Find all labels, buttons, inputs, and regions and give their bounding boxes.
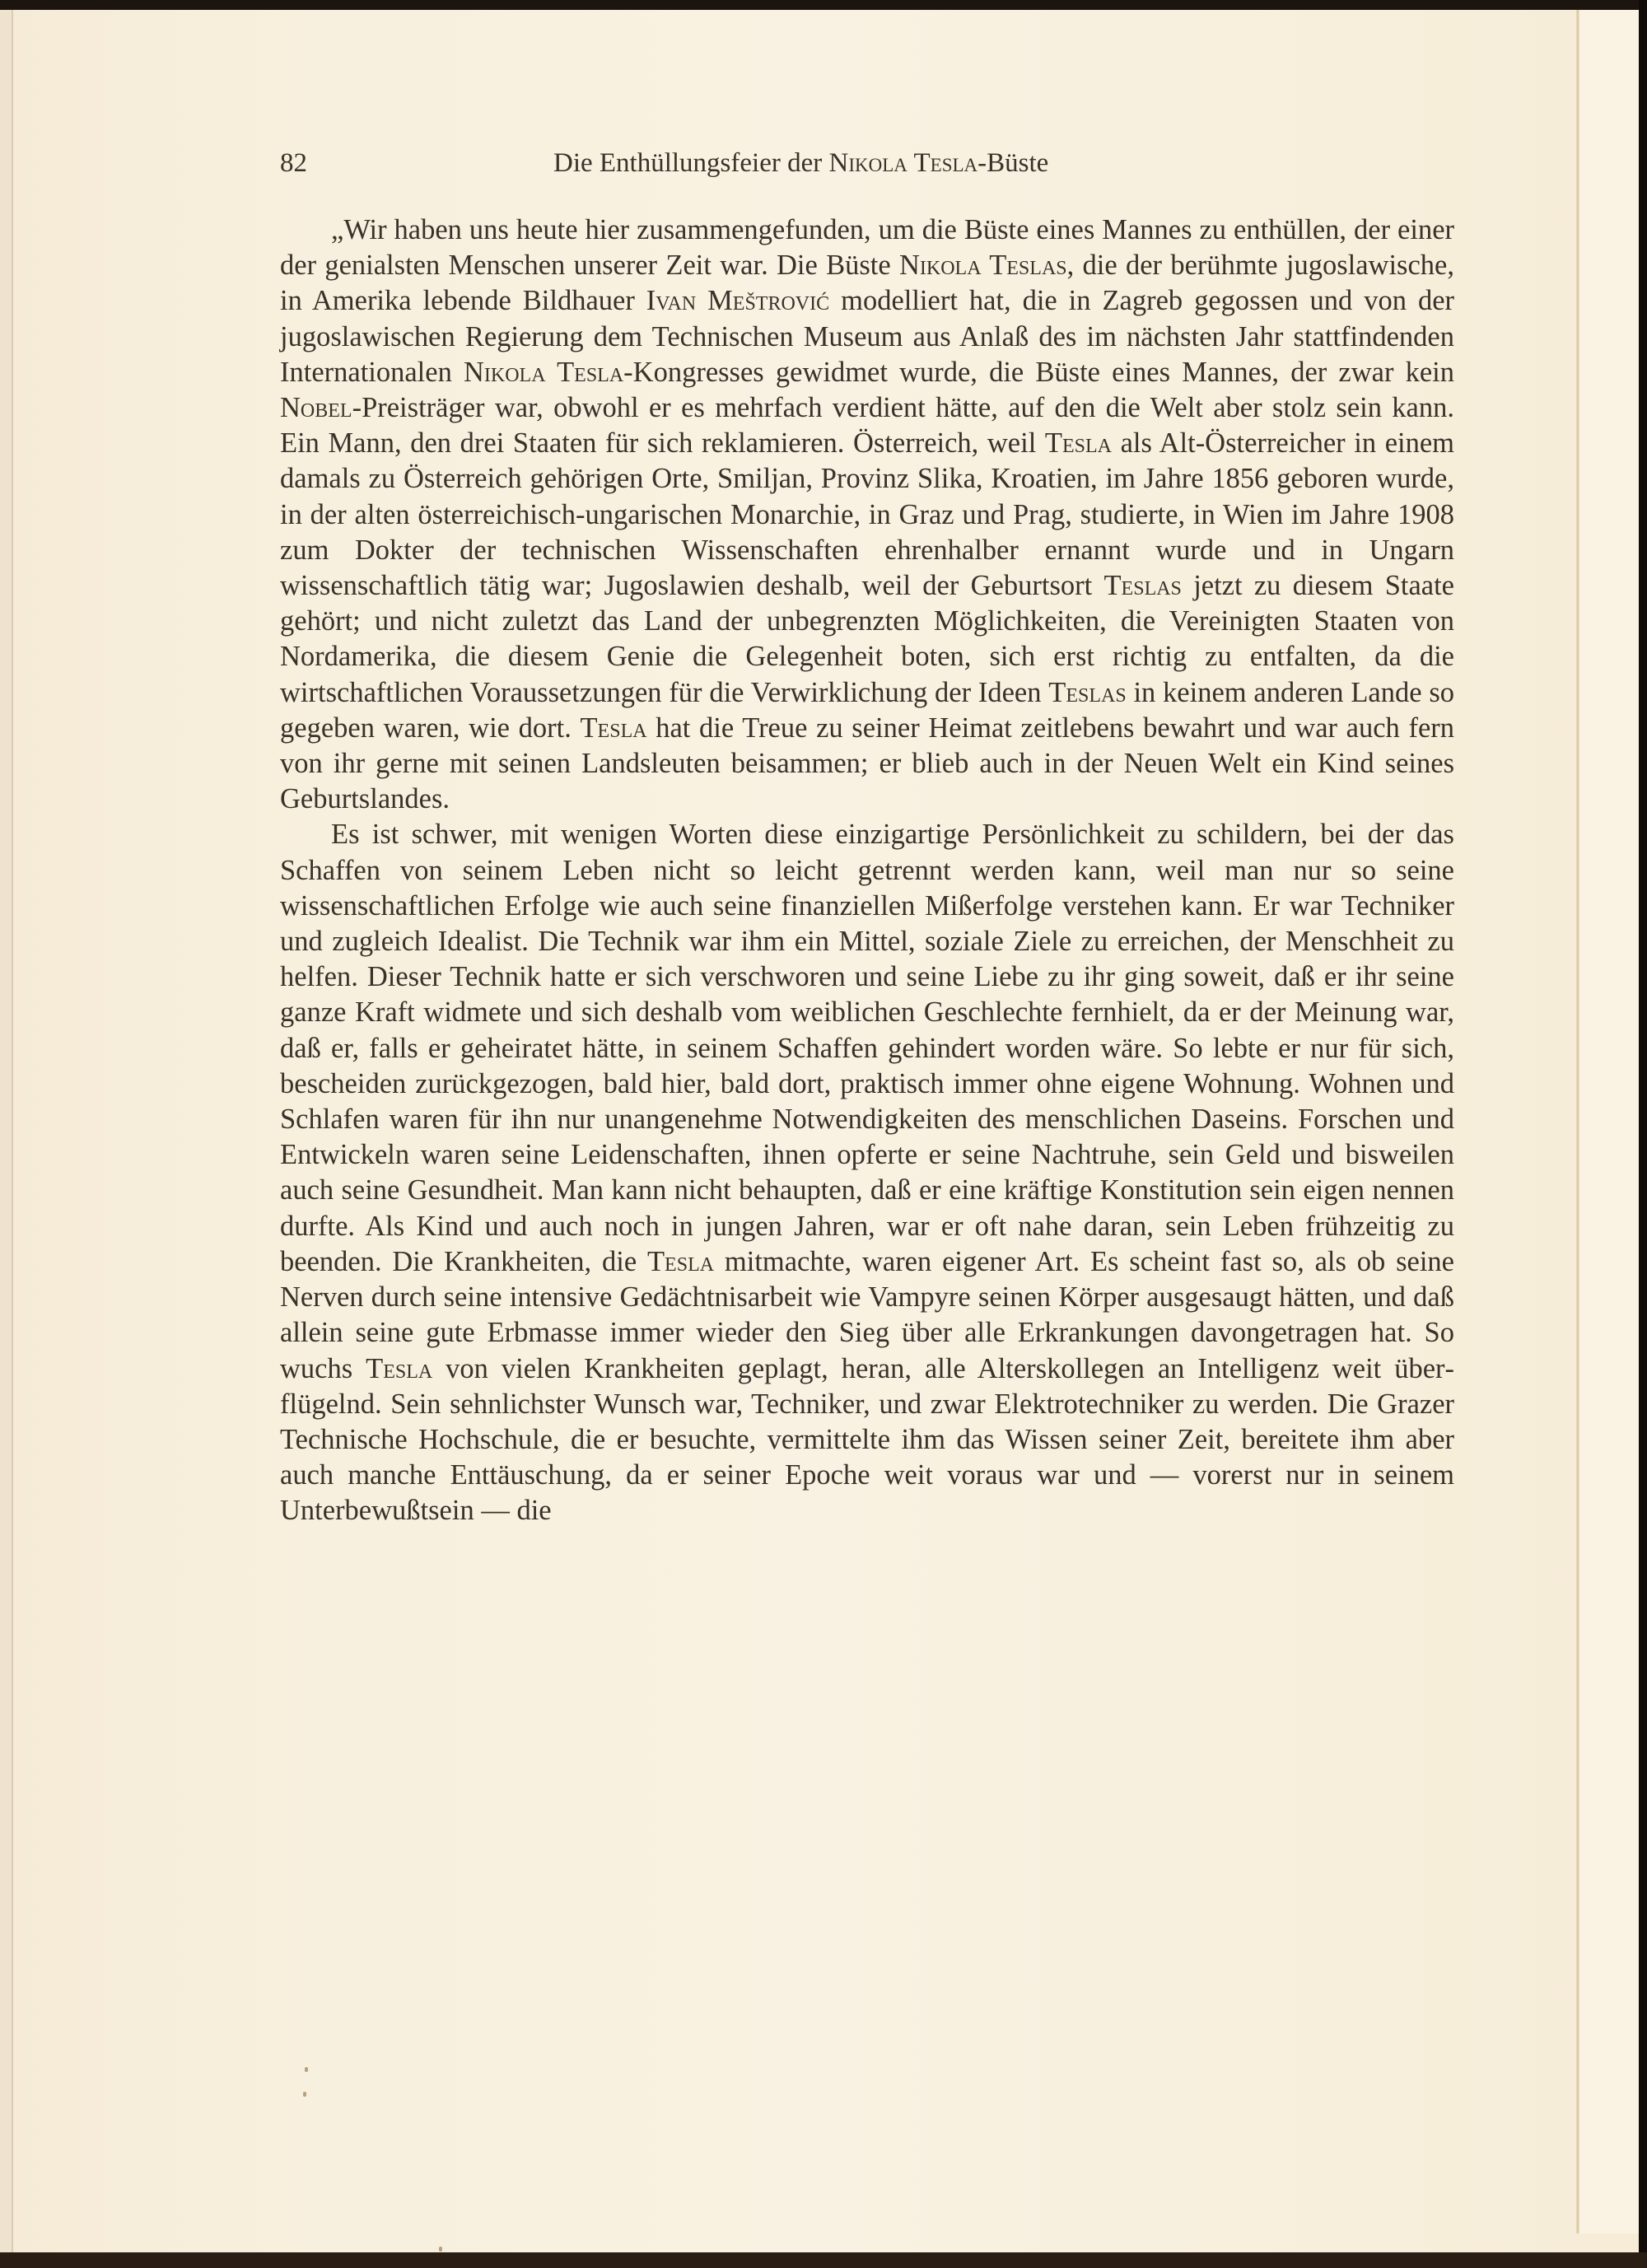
smallcaps-name: Teslas: [1103, 570, 1181, 601]
smallcaps-name: Nobel: [280, 392, 352, 423]
paper-speck: [439, 2247, 442, 2252]
running-title-smallcaps: Nikola Tesla: [828, 148, 977, 178]
text-run: von vielen Krankheiten geplagt, heran, a…: [280, 1353, 1454, 1527]
running-title: Die Enthüllungsfeier der Nikola Tesla-Bü…: [553, 148, 1048, 179]
smallcaps-name: Ivan Meštrović: [646, 285, 829, 316]
smallcaps-name: Teslas: [1048, 677, 1126, 708]
scan-bottom-frame: [0, 2252, 1647, 2268]
running-header: 82 Die Enthüllungsfeier der Nikola Tesla…: [280, 148, 1454, 189]
text-run: -Kongresses gewidmet wurde, die Büste ei…: [623, 357, 1454, 388]
scan-top-frame: [0, 0, 1647, 10]
running-title-suffix: -Büste: [977, 148, 1048, 178]
smallcaps-name: Nikola Tesla: [464, 357, 623, 388]
paragraph-1: „Wir haben uns heute hier zusammengefund…: [280, 212, 1454, 817]
smallcaps-name: Tesla: [580, 712, 646, 744]
body-text: „Wir haben uns heute hier zusammengefund…: [280, 212, 1454, 1529]
scan-right-frame: [1639, 0, 1647, 2268]
smallcaps-name: Tesla: [647, 1246, 714, 1277]
page-left-edge: [0, 10, 13, 2255]
smallcaps-name: Tesla: [1045, 427, 1112, 459]
text-run: Es ist schwer, mit wenigen Worten diese …: [280, 819, 1454, 1276]
page-right-margin-strip: [1579, 10, 1639, 2233]
paper-speck: [305, 2067, 308, 2072]
running-title-text: Die Enthüllungsfeier der: [553, 148, 828, 178]
smallcaps-name: Tesla: [366, 1353, 432, 1384]
smallcaps-name: Nikola Teslas: [899, 250, 1067, 281]
page-number: 82: [280, 148, 307, 179]
paragraph-2: Es ist schwer, mit wenigen Worten diese …: [280, 817, 1454, 1528]
paper-speck: [303, 2092, 306, 2097]
